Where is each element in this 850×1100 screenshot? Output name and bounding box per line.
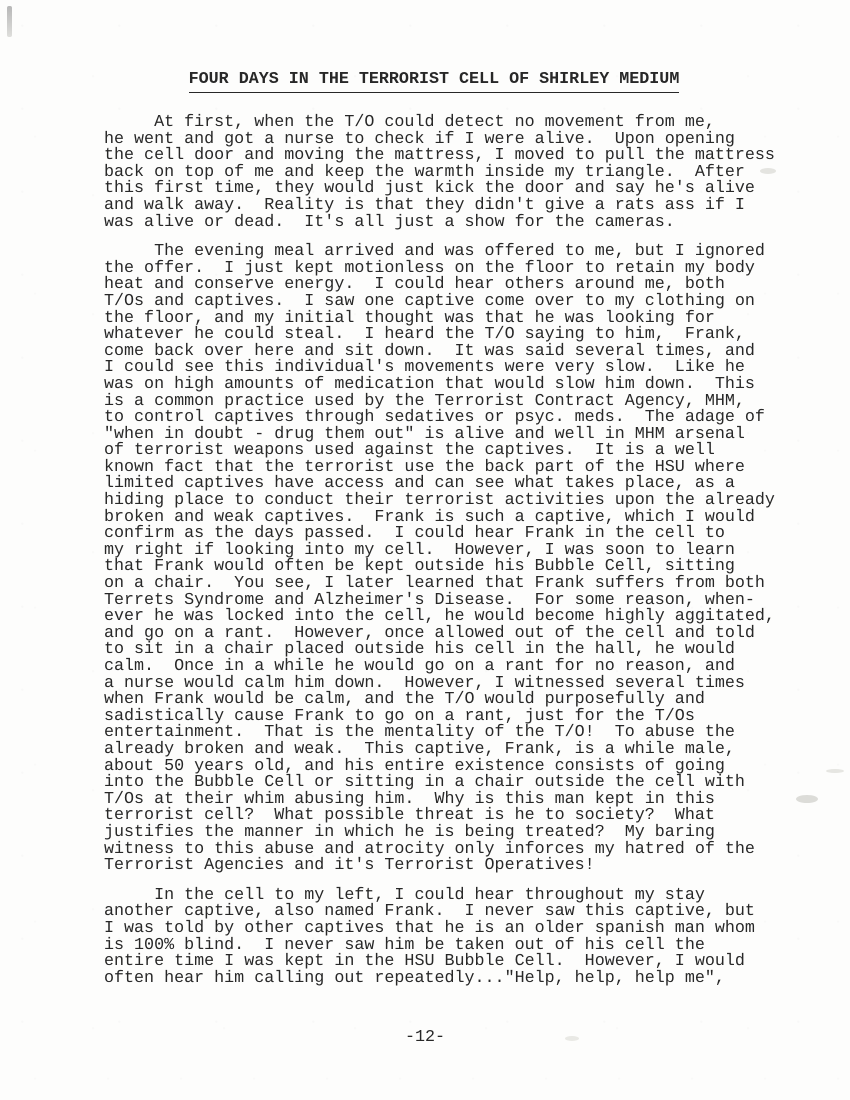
paragraph-3: In the cell to my left, I could hear thr…: [104, 888, 804, 988]
page-title: FOUR DAYS IN THE TERRORIST CELL OF SHIRL…: [0, 70, 850, 93]
paragraph-2: The evening meal arrived and was offered…: [104, 244, 804, 875]
page-number: -12-: [0, 1028, 850, 1047]
document-body: At first, when the T/O could detect no m…: [104, 115, 804, 987]
scan-artifact: [7, 6, 12, 37]
page-title-text: FOUR DAYS IN THE TERRORIST CELL OF SHIRL…: [189, 70, 680, 93]
paragraph-1: At first, when the T/O could detect no m…: [104, 115, 804, 231]
document-page: FOUR DAYS IN THE TERRORIST CELL OF SHIRL…: [0, 0, 850, 1100]
